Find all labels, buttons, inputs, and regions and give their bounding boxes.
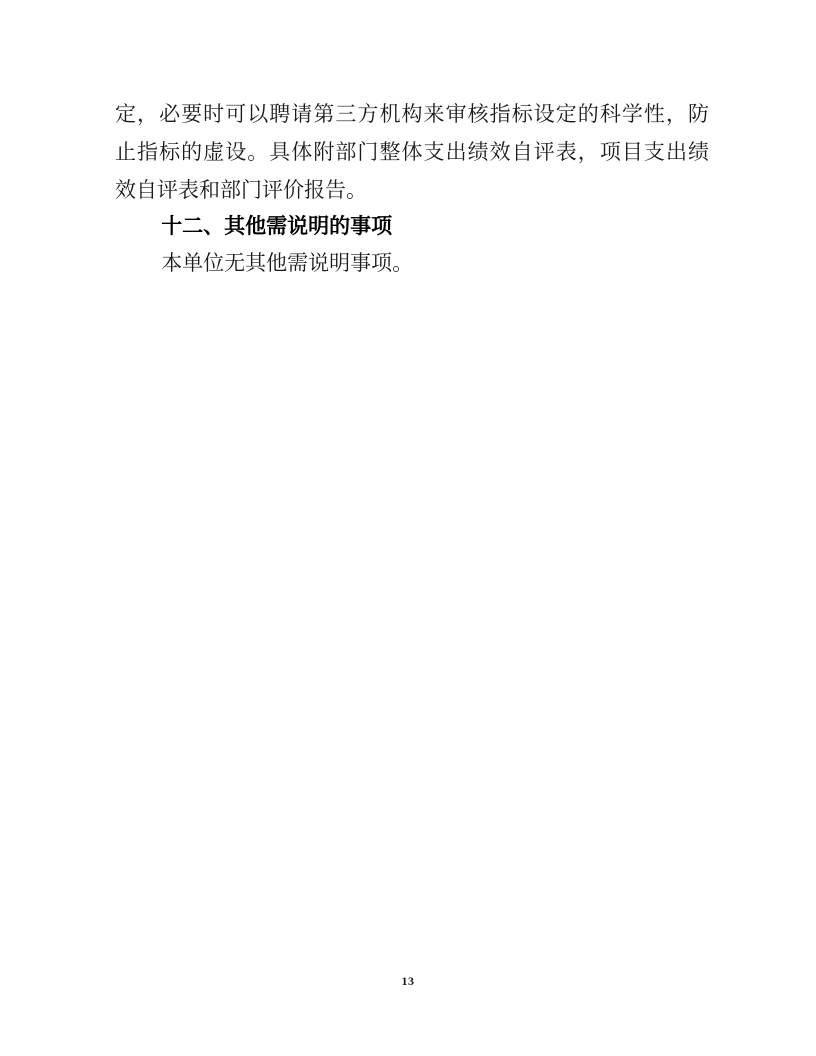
page-number: 13: [402, 974, 415, 988]
document-page: 定，必要时可以聘请第三方机构来审核指标设定的科学性，防 止指标的虚设。具体附部门…: [0, 0, 816, 1056]
section-heading: 十二、其他需说明的事项: [115, 209, 709, 245]
page-footer: 13: [0, 972, 816, 990]
section-paragraph: 本单位无其他需说明事项。: [115, 245, 709, 281]
paragraph-line-1: 定，必要时可以聘请第三方机构来审核指标设定的科学性，防: [115, 95, 709, 133]
page-content: 定，必要时可以聘请第三方机构来审核指标设定的科学性，防 止指标的虚设。具体附部门…: [115, 95, 709, 281]
paragraph-line-2: 止指标的虚设。具体附部门整体支出绩效自评表，项目支出绩: [115, 133, 709, 171]
paragraph-line-3: 效自评表和部门评价报告。: [115, 171, 709, 209]
